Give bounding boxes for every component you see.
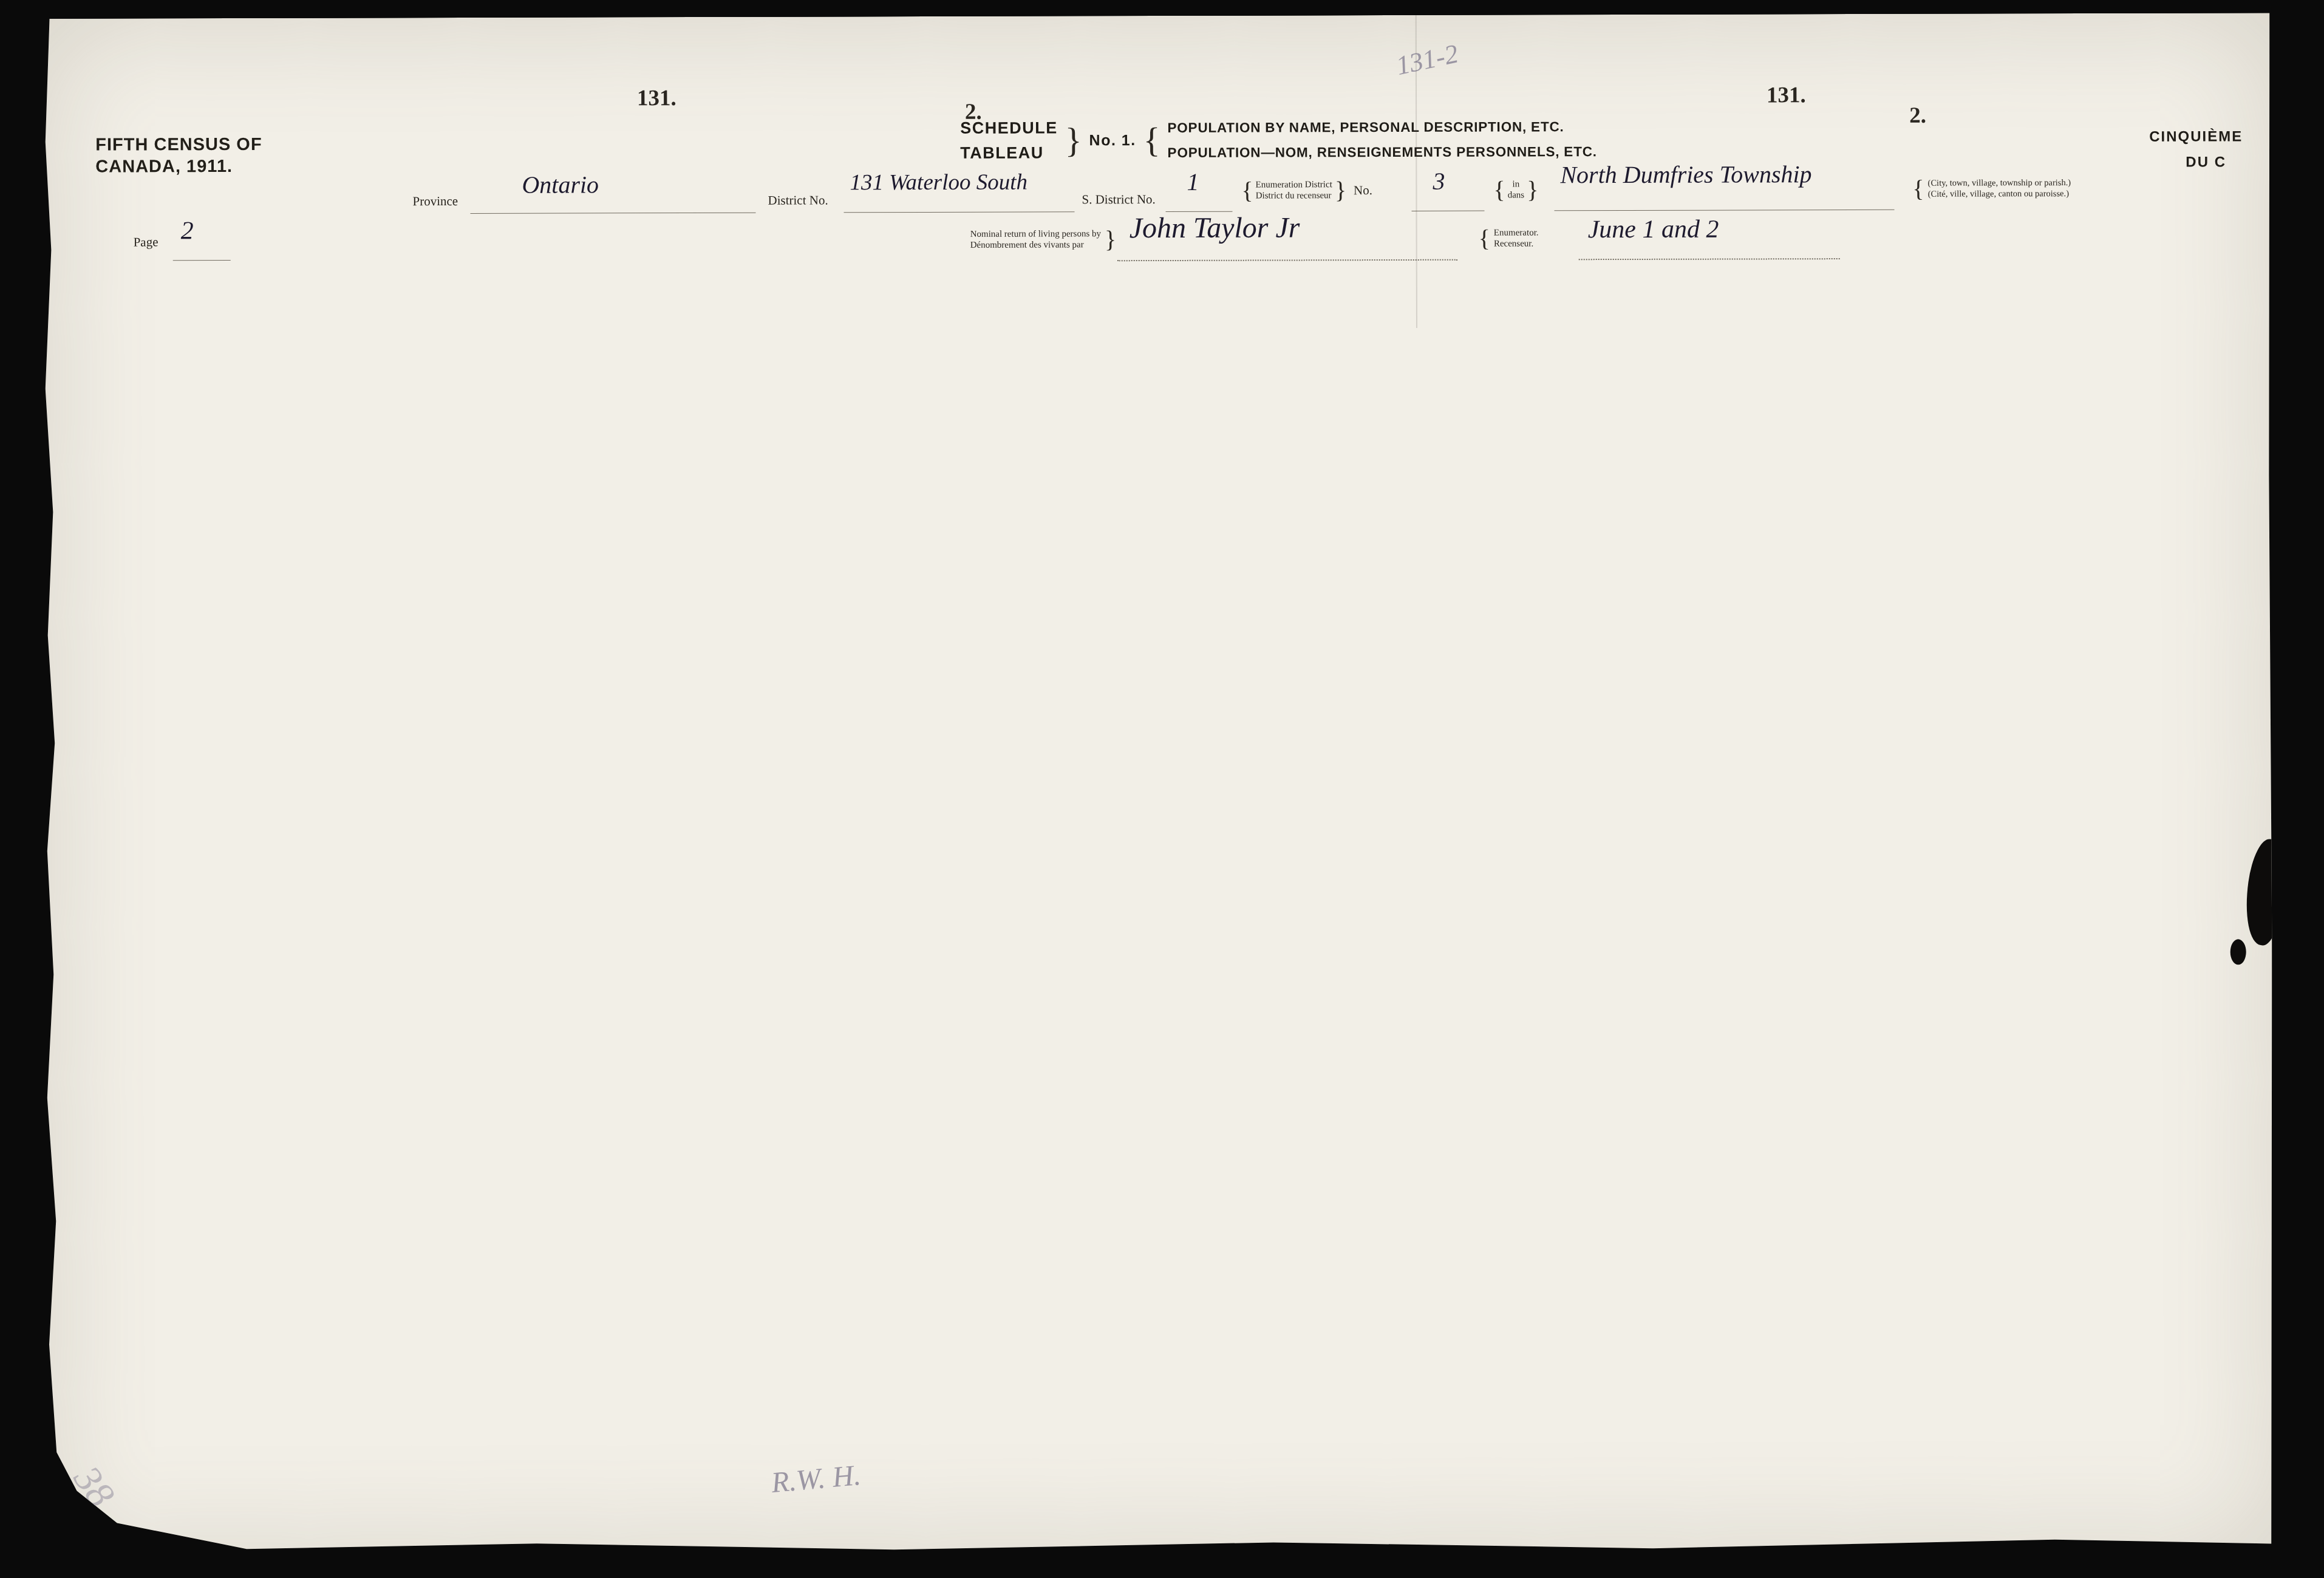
rule [844, 211, 1075, 213]
schedule-block: SCHEDULE TABLEAU } No. 1. { POPULATION B… [960, 114, 1597, 166]
rule [471, 213, 756, 214]
enumerator-signature: John Taylor Jr [1130, 211, 1300, 245]
page-stamp-2-right: 2. [1909, 103, 1926, 129]
bottom-pencil-note: R.W. H. [770, 1458, 862, 1500]
census-title: FIFTH CENSUS OF CANADA, 1911. [95, 134, 262, 178]
rule [1117, 259, 1457, 261]
enum-district-label-fr: District du recenseur [1256, 190, 1332, 201]
brace: } [1527, 177, 1538, 202]
locality-note-en: (City, town, village, township or parish… [1928, 177, 2071, 189]
in-dans-block: { in dans } [1493, 177, 1538, 202]
province-value: Ontario [522, 170, 599, 199]
brace: { [1143, 123, 1160, 158]
page-label: Page [134, 234, 158, 250]
schedule-label: SCHEDULE [960, 115, 1058, 140]
nominal-return-en: Nominal return of living persons by [970, 228, 1101, 240]
brace: } [1065, 123, 1082, 158]
enumerator-label-en: Enumerator. [1494, 227, 1539, 238]
brace: { [1493, 178, 1505, 202]
province-label: Province [412, 194, 458, 209]
corner-french-title: CINQUIÈME DU C [2149, 128, 2243, 171]
page-stamp-131-right: 131. [1767, 82, 1806, 108]
corner-french-line1: CINQUIÈME [2149, 128, 2243, 145]
enumerator-label-fr: Recenseur. [1494, 238, 1539, 249]
subdistrict-label: S. District No. [1082, 192, 1155, 207]
nominal-return-block: Nominal return of living persons by Déno… [970, 227, 1117, 252]
scanned-census-page: FIFTH CENSUS OF CANADA, 1911. 131. 2. 13… [0, 0, 2324, 1578]
locality-note-block: { (City, town, village, township or pari… [1912, 176, 2071, 201]
district-value: 131 Waterloo South [850, 169, 1027, 196]
census-title-line2: CANADA, 1911. [95, 155, 262, 178]
tableau-label: TABLEAU [960, 140, 1058, 165]
enumerator-label-block: { Enumerator. Recenseur. [1479, 226, 1539, 250]
brace: { [1479, 227, 1490, 251]
enum-no-label: No. [1354, 183, 1372, 198]
schedule-number: No. 1. [1089, 128, 1136, 153]
nominal-return-fr: Dénombrement des vivants par [970, 239, 1101, 251]
bottom-left-pencil-note: 38 [64, 1458, 123, 1515]
brace: { [1912, 177, 1924, 201]
ink-blot-small [2230, 939, 2246, 965]
schedule-title-fr: POPULATION—NOM, RENSEIGNEMENTS PERSONNEL… [1167, 139, 1596, 165]
brace: } [1105, 227, 1116, 251]
rule [1412, 211, 1485, 211]
pencil-note: 131-2 [1394, 38, 1461, 81]
in-label-en: in [1508, 179, 1525, 190]
rule [1579, 258, 1840, 260]
rule [173, 260, 231, 261]
in-label-fr: dans [1508, 190, 1525, 200]
schedule-title-en: POPULATION BY NAME, PERSONAL DESCRIPTION… [1167, 114, 1596, 140]
rule [1555, 210, 1895, 211]
census-table-wrap [50, 329, 2269, 335]
page-value: 2 [181, 216, 194, 245]
enum-district-value: 3 [1433, 167, 1445, 196]
enum-district-label-en: Enumeration District [1256, 179, 1332, 190]
corner-french-line2: DU C [2186, 154, 2243, 171]
locality-value: North Dumfries Township [1560, 160, 1811, 189]
enum-district-block: { Enumeration District District du recen… [1241, 178, 1372, 203]
census-title-line1: FIFTH CENSUS OF [95, 134, 262, 156]
census-table [50, 329, 2269, 335]
subdistrict-value: 1 [1187, 168, 1199, 196]
district-label: District No. [768, 193, 828, 208]
enumeration-date: June 1 and 2 [1588, 215, 1719, 245]
ink-blot [2240, 837, 2278, 948]
locality-note-fr: (Cité, ville, village, canton ou paroiss… [1928, 188, 2071, 200]
brace: { [1241, 179, 1253, 203]
paper: FIFTH CENSUS OF CANADA, 1911. 131. 2. 13… [42, 13, 2278, 1560]
brace: } [1335, 178, 1346, 202]
page-stamp-131-left: 131. [637, 85, 676, 111]
